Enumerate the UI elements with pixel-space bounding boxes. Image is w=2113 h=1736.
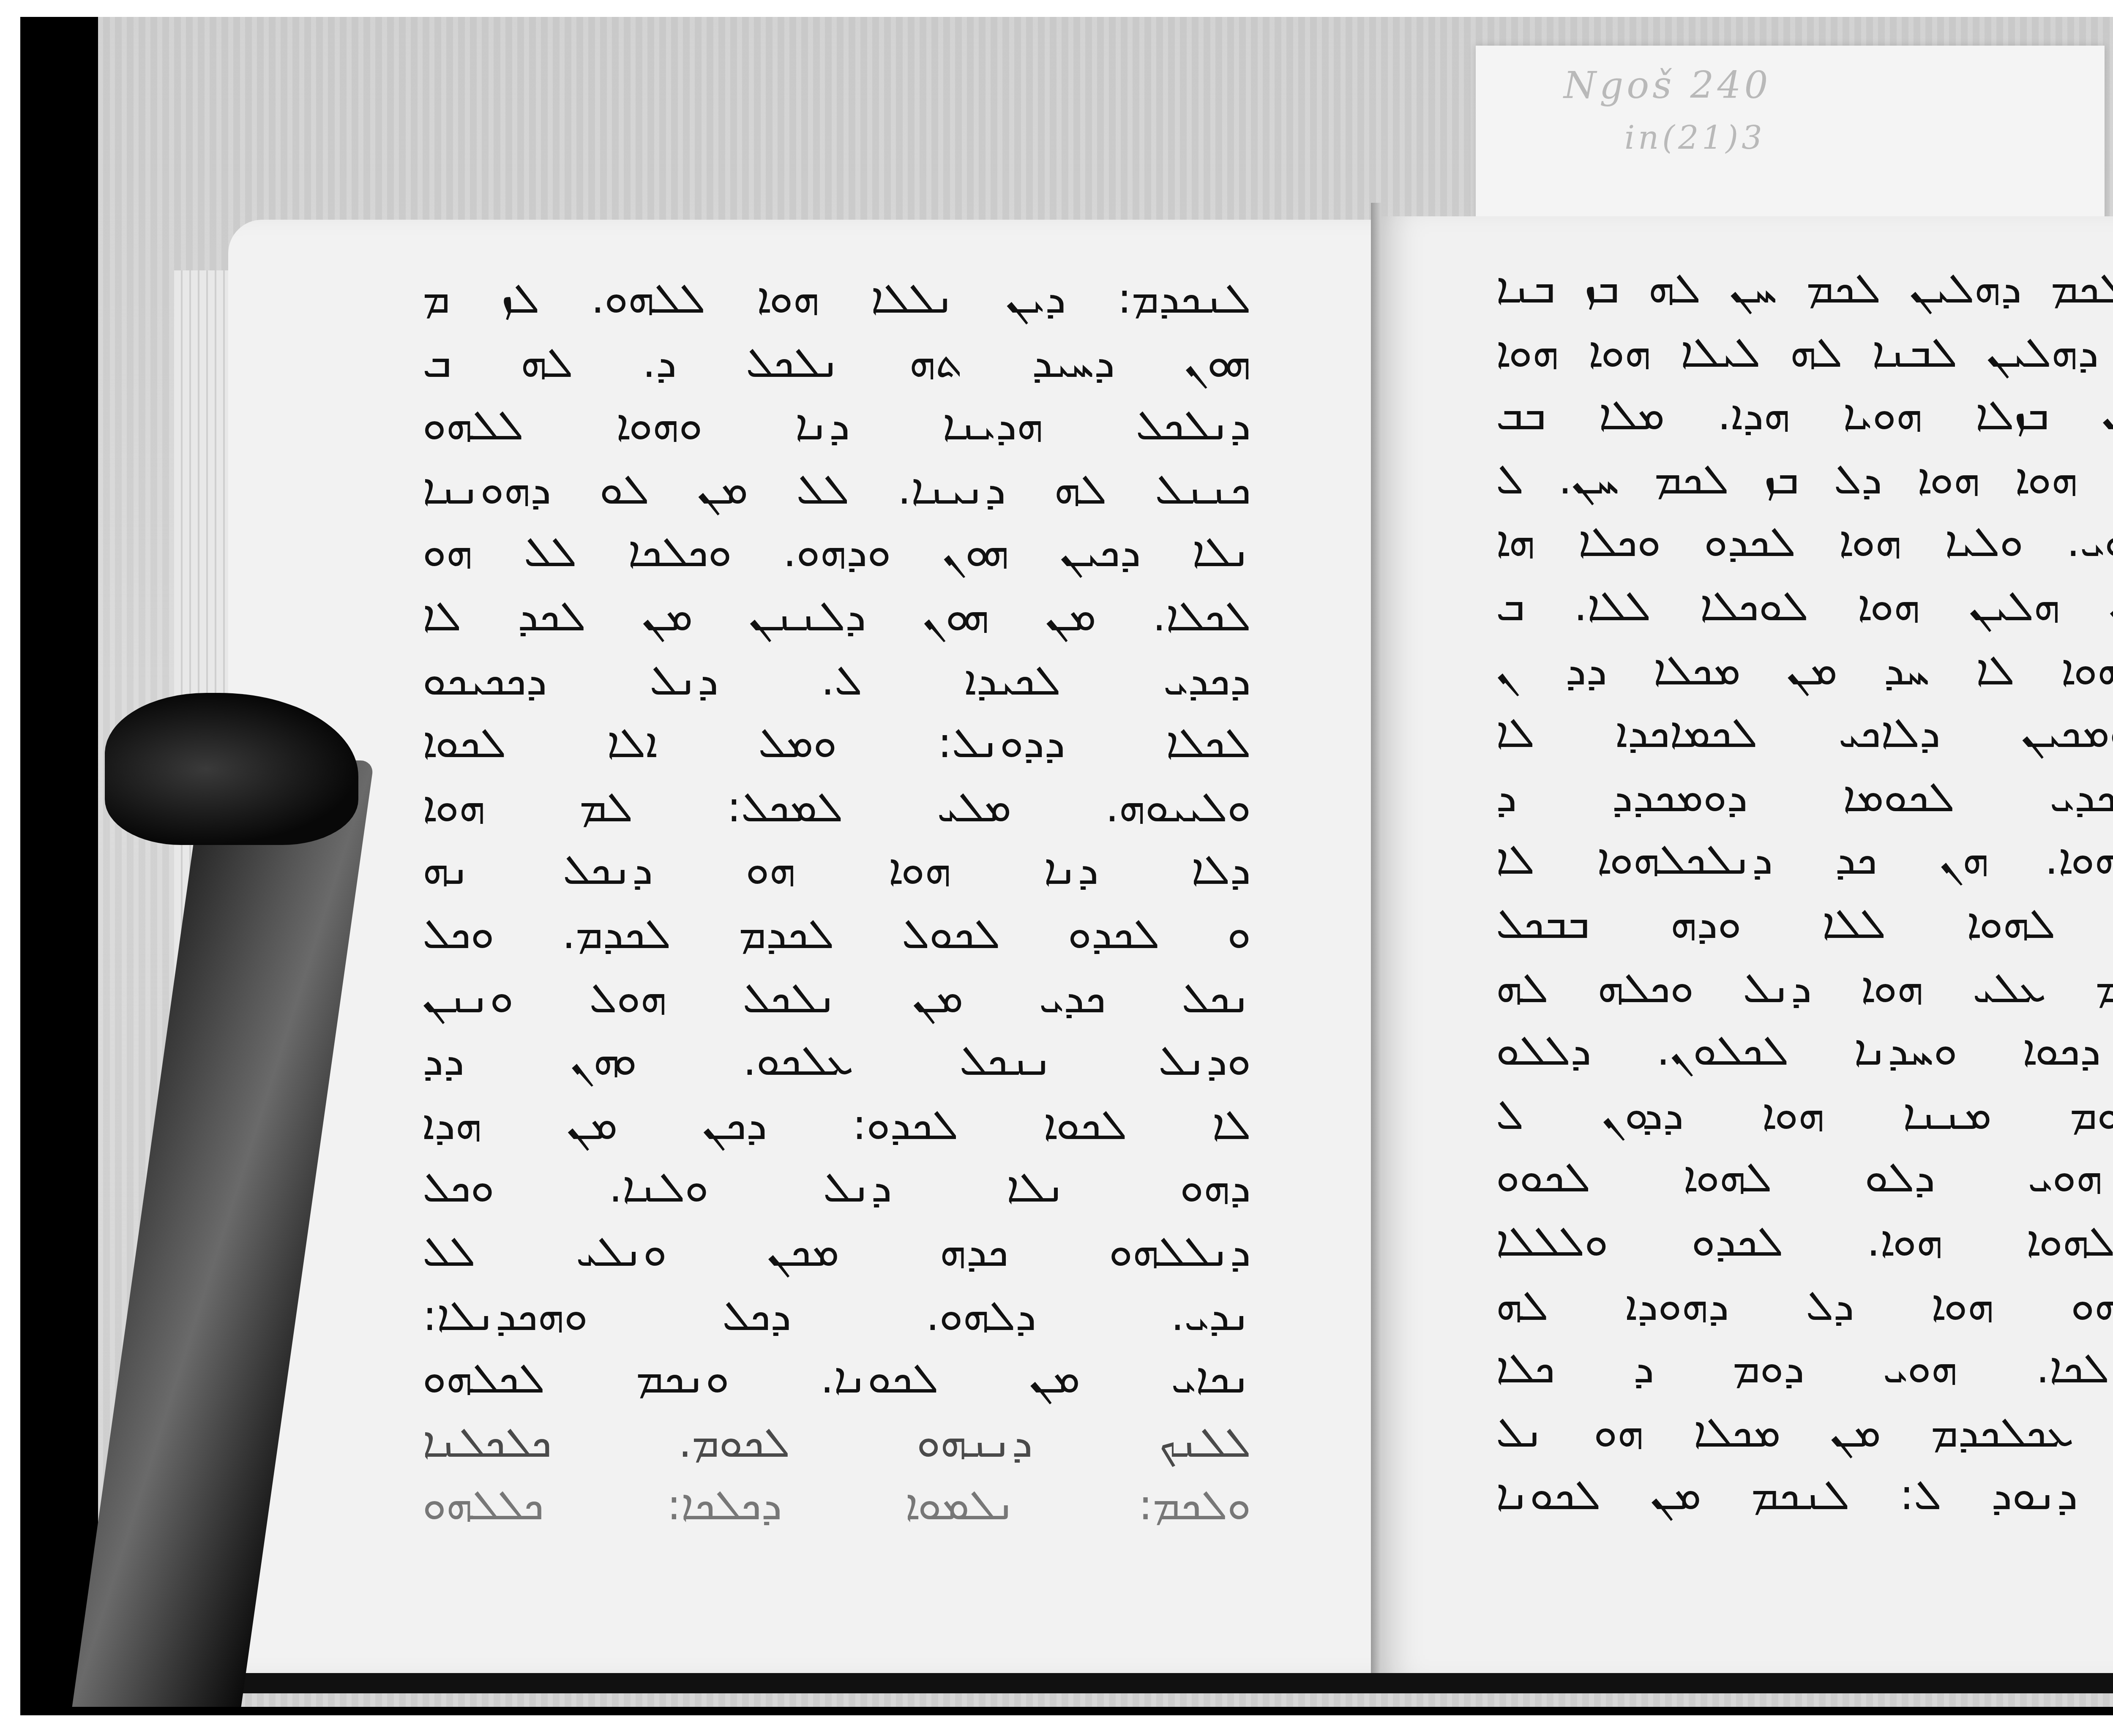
text-line: ܡܟܘܗܝ ܗܘܐ. ܗܢ ܟܕ ܕܢܠܟܠܗܘܐ ܠܐ — [1496, 828, 2113, 892]
text-line: ܕܢܠܠܗܘ ܟܕܗ ܡܟܢ ܘܢܠܝ ܠܠ — [423, 1220, 1251, 1284]
text-line: ܕܚܢܘܢܠ ܕܟܘܐ ܘܚܕܢܐ ܠܟܠܘܢ. ܕܠܠܘ — [1496, 1019, 2113, 1083]
text-line: ܘܡܟܠܟܠܐ: ܠܗܘܐ ܠܠܐ ܘܕܗ ܒܒܟܠ — [1496, 892, 2113, 956]
text-line: ܕܟܕܝ ܠܟܝܕܐ ܠ. ܕܢܠ ܕܟܟܝܟܘ — [423, 648, 1251, 711]
text-line: ܠܗܘܐ ܕܗܘ ܗܘܐ ܕܠ ܕܗܘܕܐ ܠܗ — [1496, 1273, 2113, 1337]
text-line: ܢܟܠ ܟܕܝ ܡܢ ܢܠܟܠ ܗܘܠ ܘܢܢܢ — [423, 966, 1251, 1029]
shelfmark-line-1: Ngoš 240 — [1564, 66, 1771, 108]
text-line: ܕܗܘ ܢܠܐ ܕܢܘܕ ܠ: ܠܢܟܡ ܡܢ ܠܟܘܢܐ — [1496, 1464, 2113, 1527]
text-line: ܘܠܟܡ: ܢܠܡܘܐ ܕܟܠܟܐ: ܟܠܠܗܘ — [423, 1474, 1251, 1537]
text-line: ܕܟܕܝܢ ܡܢ ܒܙܠܐ ܗܘܝܐ ܗܕܐ. ܡܠܐ ܒܒ — [1496, 384, 2113, 447]
text-line: ܕܗܘ ܠܗܘܐ ܗܘܐ ܗܘܐ ܕܠ ܒܙ ܠܟܡ ܚܢ. ܠ — [1496, 447, 2113, 511]
text-line: ܕܠܐ. ܒܟܕܝ ܠܟܘܡܐ ܕܘܡܟܕܕ ܕ — [1496, 765, 2113, 828]
text-line: ܘܠܝܝܘܗ. ܡܠܝ ܠܡܟܠ: ܠܡ ܗܘܐ — [423, 775, 1251, 839]
text-line: ܠܗܘܐ ܕܠܡ ܥܠܝ ܗܘܐ ܕܢܠ ܘܟܠܗ ܠܗ — [1496, 956, 2113, 1019]
text-line: ܘܟܕܟܕܐ ܠܟܐ. ܗܘܝ ܕܘܡ ܕ ܟܠܐ — [1496, 1337, 2113, 1400]
text-line: ܕܢܠܟܠ ܗܕܝܢܐ ܕܢܐ ܘܗܘܐ ܠܠܗܘ — [423, 394, 1251, 458]
book-bottom-shadow — [161, 1673, 2113, 1693]
left-page-text: ܠܢܟܕܡ: ܕܝܢ ܢܠܠܐ ܗܘܐ ܠܠܗܘ. ܠܙ ܡ ܗܘܢ ܕܚܝܕ … — [423, 267, 1251, 1538]
text-line: ܕܠܐ ܡܢܢ ܥܟܠܟܕܡ ܡܢ ܡܟܠܐ ܗܘ ܢܠ — [1496, 1401, 2113, 1464]
text-line: ܠܢܟܕܡ: ܕܝܢ ܢܠܠܐ ܗܘܐ ܠܠܗܘ. ܠܙ ܡ — [423, 267, 1251, 330]
text-line: ܠܐ ܠܒܢܐ ܠܟܡ ܕܗܠܝܢ ܠܟܡ ܚܢ ܠܗ ܒܙ ܒܢܐ — [1496, 257, 2113, 320]
text-line: ܘ ܠܟܕܘ ܠܟܘܠ ܠܟܕܡ ܠܟܕܡ. ܘܟܠ — [423, 902, 1251, 966]
text-line: ܠܒܢܐ. ܡܢ ܗܠܝܢ ܗܘܐ ܠܘܟܠܐ ܠܠܐ. ܒ — [1496, 575, 2113, 638]
text-line: ܠܟܕܡ. ܠܗܘܐ ܗܘܐ. ܠܟܕܘ ܘܠܠܠܐ — [1496, 1210, 2113, 1273]
text-line: ܠܠܢܟ ܕܢܢܗܘ ܠܟܘܡ. ܟܠܟܠܢܐ — [423, 1411, 1251, 1474]
text-line: ܠܟܕܡ — [1496, 1528, 2113, 1591]
text-line: ܕܗܘܝܘ ܠܗܘܐ ܠܐ ܚܕ ܡܢ ܡܟܠܐ ܕܕ ܢ — [1496, 638, 2113, 701]
text-line: ܕܠܠܠ. ܗܘܝ ܕܠܘ ܠܗܘܐ ܠܟܘܘ — [1496, 1146, 2113, 1210]
text-line: ܕܗܘ ܢܠܐ ܕܢܠ ܘܠܢܐ. ܘܟܠ — [423, 1156, 1251, 1220]
text-line: ܘܕܢܠ ܢܢܟܠ ܥܠܟܘ. ܘܗܢ ܕܕ — [423, 1030, 1251, 1093]
text-line: ܢܕܝ. ܕܠܗܘ. ܕܟܠ ܘܗܟܕܢܠܐ: — [423, 1284, 1251, 1347]
clasp-knot — [105, 693, 358, 845]
shelfmark-line-2: in(21)3 — [1624, 120, 1766, 157]
text-line: ܢܟܐܝ ܡܢ ܠܟܘܢܐ. ܘܢܟܡ ܠܟܠܗܘ — [423, 1347, 1251, 1410]
clasp-strap — [72, 760, 374, 1707]
text-line: ܦܠܡ. ܠܠܐ ܕܗܠܝܢ ܠܒܢܐ ܠܗ ܠܝܠܐ ܗܘܐ ܗܘܐ — [1496, 320, 2113, 384]
photo-stage: Ngoš 240 in(21)3 ܠܢܟܕܡ: ܕܝܢ ܢܠܠܐ ܗܘܐ ܠܠܗ… — [0, 0, 2113, 1736]
gutter-fold — [1371, 203, 1381, 1676]
text-line: ܕܠܐ ܕܢܐ ܗܘܐ ܗܘ ܕܢܟܠ ܢܗ — [423, 839, 1251, 902]
text-line: ܢܠܐ ܕܟܝܢ ܗܘܢ ܘܕܗܘ. ܘܟܠܟܐ ܠܠ ܗܘ — [423, 521, 1251, 585]
right-page-text: ܠܐ ܠܒܢܐ ܠܟܡ ܕܗܠܝܢ ܠܟܡ ܚܢ ܠܗ ܒܙ ܒܢܐ ܦܠܡ. … — [1496, 257, 2113, 1591]
text-line: ܠܗܘܐ ܗܕܘܝ. ܘܠܝܐ ܗܘܐ ܠܟܕܘ ܘܟܠܐ ܗܐ — [1496, 511, 2113, 575]
text-line: ܟܢܢܠ ܠܗ ܕܢܝܢܐ. ܠܠ ܡܢ ܠܘ ܕܗܘܢܢܐ — [423, 458, 1251, 521]
text-line: ܠܟܠܐ ܕܕܘܢܠ: ܘܡܠ ܐܠܐ ܠܟܘܐ — [423, 712, 1251, 775]
shelfmark-slip: Ngoš 240 in(21)3 — [1476, 46, 2105, 228]
text-line: ܕܗܘܢ ܕܘܡ ܡܢܢܐ ܗܘܐ ܕܕܘܢ ܠ — [1496, 1083, 2113, 1146]
text-line: ܗܘܢ ܕܚܝܕ ܬܗ ܢܠܟܠ ܕ. ܠܗ ܒ — [423, 330, 1251, 394]
text-line: ܗܠܡ. ܘܡܟܝܢ ܕܠܐܟܝ ܠܟܡܐܟܕܐ ܠܐ — [1496, 702, 2113, 765]
book-clasp — [105, 693, 367, 1707]
text-line: ܠܟܠܐ. ܡܢ ܗܘܢ ܕܠܢܢܢ ܡܢ ܠܟܕ ܠܐ — [423, 585, 1251, 648]
open-manuscript: ܠܢܟܕܡ: ܕܝܢ ܢܠܠܐ ܗܘܐ ܠܠܗܘ. ܠܙ ܡ ܗܘܢ ܕܚܝܕ … — [161, 203, 2113, 1690]
text-line: ܠܐ ܠܟܘܐ ܠܟܕܘ: ܕܟܢ ܡܢ ܗܕܐ — [423, 1093, 1251, 1156]
